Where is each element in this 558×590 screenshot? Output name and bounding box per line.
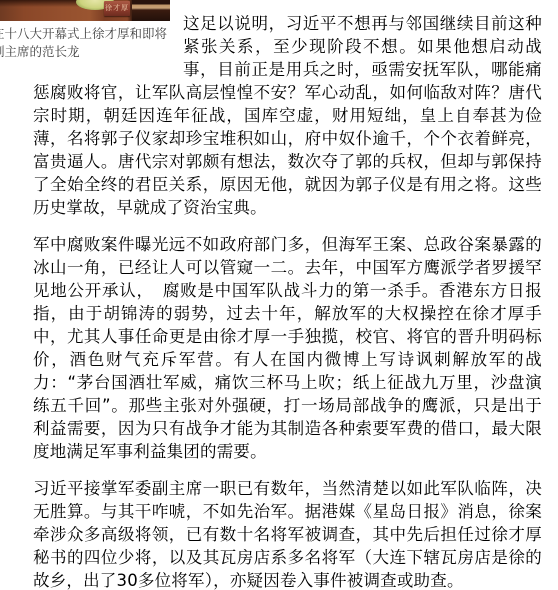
article-body: 这足以说明，习近平不想再与邻国继续目前这种紧张关系，至少现阶段不想。如果他想启动… — [33, 12, 542, 590]
photo-congress-desk: 徐才厚 — [0, 0, 170, 21]
caption-line-1: 在十八大开幕式上徐才厚和即将 — [0, 25, 170, 43]
photo-desk-edge — [132, 0, 170, 21]
paragraph-3: 习近平接掌军委副主席一职已有数年，当然清楚以如此军队临阵，决无胜算。与其干咋唬，… — [33, 477, 542, 590]
nameplate: 徐才厚 — [104, 1, 130, 16]
photo-caption: 在十八大开幕式上徐才厚和即将 副主席的范长龙 — [0, 25, 170, 60]
inline-figure: 徐才厚 在十八大开幕式上徐才厚和即将 副主席的范长龙 — [0, 0, 170, 60]
nameplate-text: 徐才厚 — [105, 5, 129, 12]
article-page: 徐才厚 在十八大开幕式上徐才厚和即将 副主席的范长龙 这足以说明，习近平不想再与… — [0, 0, 558, 590]
caption-line-2: 副主席的范长龙 — [0, 43, 170, 61]
paragraph-2: 军中腐败案件曝光远不如政府部门多，但海军王案、总政谷案暴露的冰山一角，已经让人可… — [33, 233, 542, 463]
